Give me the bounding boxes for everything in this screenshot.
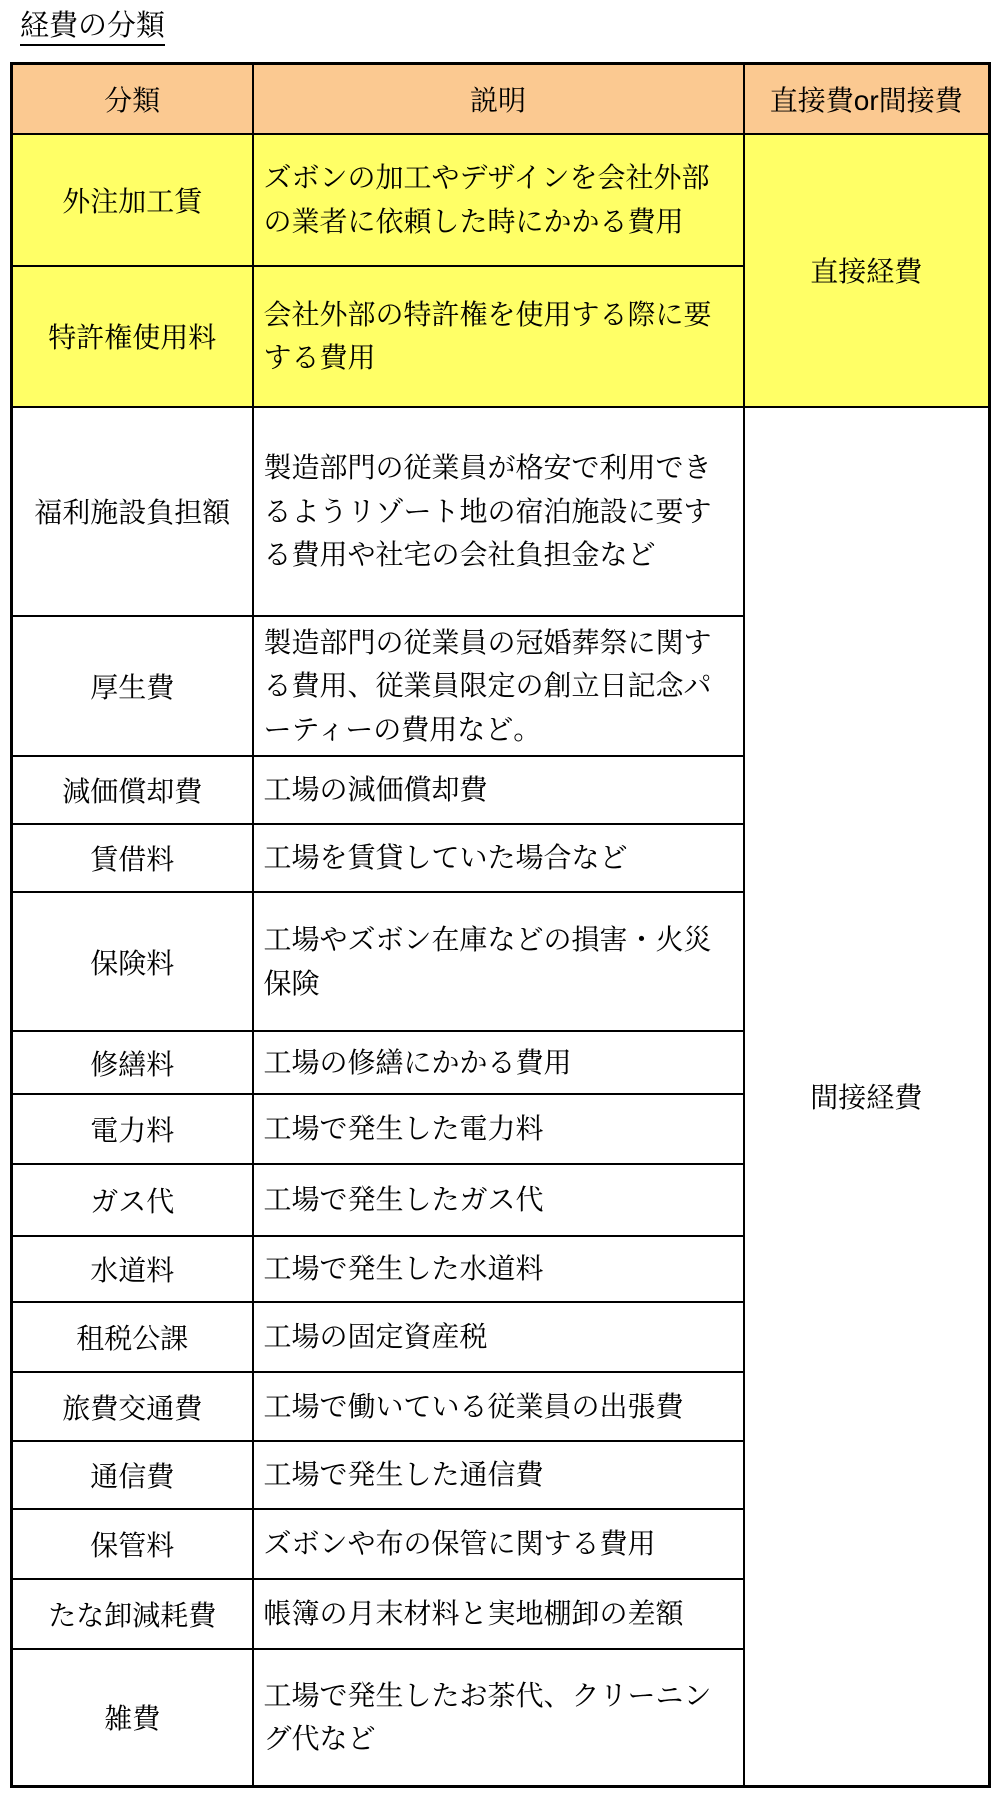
indirect-expense-group-cell: 間接経費: [744, 407, 990, 1786]
page: 経費の分類 分類 説明 直接費or間接費 外注加工賃 ズボンの加工やデザインを会…: [0, 0, 1000, 1801]
category-cell: 減価償却費: [12, 756, 253, 824]
category-cell: 雑費: [12, 1649, 253, 1786]
description-cell: 工場で発生したお茶代、クリーニング代など: [253, 1649, 744, 1786]
expense-classification-table: 分類 説明 直接費or間接費 外注加工賃 ズボンの加工やデザインを会社外部の業者…: [10, 62, 991, 1787]
description-cell: 工場を賃貸していた場合など: [253, 824, 744, 892]
category-cell: 水道料: [12, 1236, 253, 1302]
category-cell: 賃借料: [12, 824, 253, 892]
description-cell: 製造部門の従業員が格安で利用できるようリゾート地の宿泊施設に要する費用や社宅の会…: [253, 407, 744, 616]
page-title: 経費の分類: [20, 10, 165, 46]
table-row: 外注加工賃 ズボンの加工やデザインを会社外部の業者に依頼した時にかかる費用 直接…: [12, 134, 990, 266]
category-cell: 厚生費: [12, 616, 253, 756]
header-cell-category: 分類: [12, 64, 253, 134]
description-cell: 帳簿の月末材料と実地棚卸の差額: [253, 1579, 744, 1649]
description-cell: 工場の固定資産税: [253, 1302, 744, 1372]
category-cell: 福利施設負担額: [12, 407, 253, 616]
category-cell: 特許権使用料: [12, 266, 253, 407]
header-cell-description: 説明: [253, 64, 744, 134]
category-cell: たな卸減耗費: [12, 1579, 253, 1649]
description-cell: ズボンの加工やデザインを会社外部の業者に依頼した時にかかる費用: [253, 134, 744, 266]
direct-expense-group-cell: 直接経費: [744, 134, 990, 407]
description-cell: 工場で働いている従業員の出張費: [253, 1372, 744, 1441]
description-cell: 工場の修繕にかかる費用: [253, 1031, 744, 1094]
category-cell: 旅費交通費: [12, 1372, 253, 1441]
category-cell: 修繕料: [12, 1031, 253, 1094]
description-cell: 製造部門の従業員の冠婚葬祭に関する費用、従業員限定の創立日記念パーティーの費用な…: [253, 616, 744, 756]
description-cell: ズボンや布の保管に関する費用: [253, 1509, 744, 1579]
description-cell: 工場で発生した電力料: [253, 1094, 744, 1164]
table-row: 福利施設負担額 製造部門の従業員が格安で利用できるようリゾート地の宿泊施設に要す…: [12, 407, 990, 616]
category-cell: 保険料: [12, 892, 253, 1031]
header-row: 分類 説明 直接費or間接費: [12, 64, 990, 134]
description-cell: 会社外部の特許権を使用する際に要する費用: [253, 266, 744, 407]
description-cell: 工場の減価償却費: [253, 756, 744, 824]
category-cell: 外注加工賃: [12, 134, 253, 266]
category-cell: ガス代: [12, 1164, 253, 1236]
category-cell: 租税公課: [12, 1302, 253, 1372]
category-cell: 電力料: [12, 1094, 253, 1164]
header-cell-cost-type: 直接費or間接費: [744, 64, 990, 134]
category-cell: 通信費: [12, 1441, 253, 1509]
category-cell: 保管料: [12, 1509, 253, 1579]
description-cell: 工場やズボン在庫などの損害・火災保険: [253, 892, 744, 1031]
description-cell: 工場で発生した水道料: [253, 1236, 744, 1302]
description-cell: 工場で発生したガス代: [253, 1164, 744, 1236]
description-cell: 工場で発生した通信費: [253, 1441, 744, 1509]
